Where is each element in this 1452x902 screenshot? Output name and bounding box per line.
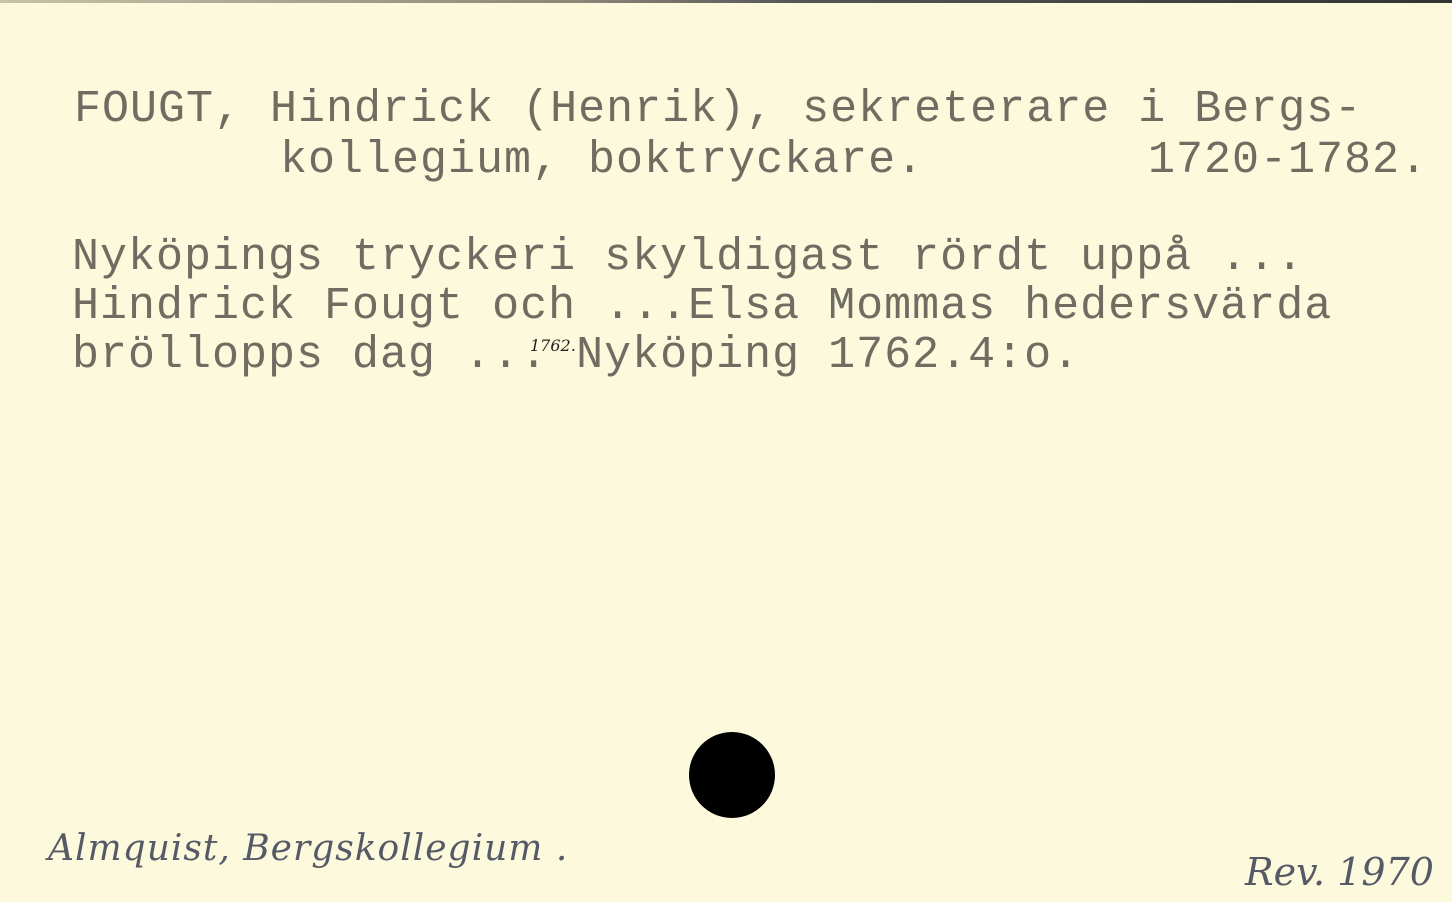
catalog-card: FOUGT, Hindrick (Henrik), sekreterare i … (0, 0, 1452, 902)
given-name: Hindrick (Henrik), (270, 84, 774, 135)
handwritten-reference: Almquist, Bergskollegium . (48, 828, 568, 869)
entry-line-1: Nyköpings tryckeri skyldigast rördt uppå… (72, 232, 1304, 283)
punch-hole (689, 732, 775, 818)
title-part-1: sekreterare i Bergs- (802, 84, 1362, 135)
life-dates: 1720-1782. (1148, 135, 1428, 186)
handwritten-date-note: 1762. (530, 336, 576, 355)
entry-line-3: bröllopps dag ... Nyköping 1762.4:o. (72, 330, 1080, 381)
card-top-edge (0, 0, 1452, 3)
heading-line-1: FOUGT, Hindrick (Henrik), sekreterare i … (74, 84, 1362, 135)
entry-line-2: Hindrick Fougt och ...Elsa Mommas heders… (72, 281, 1332, 332)
surname: FOUGT, (74, 84, 242, 135)
heading-line-2: kollegium, boktryckare. (280, 135, 924, 186)
revision-note: Rev. 1970 (1245, 850, 1434, 894)
